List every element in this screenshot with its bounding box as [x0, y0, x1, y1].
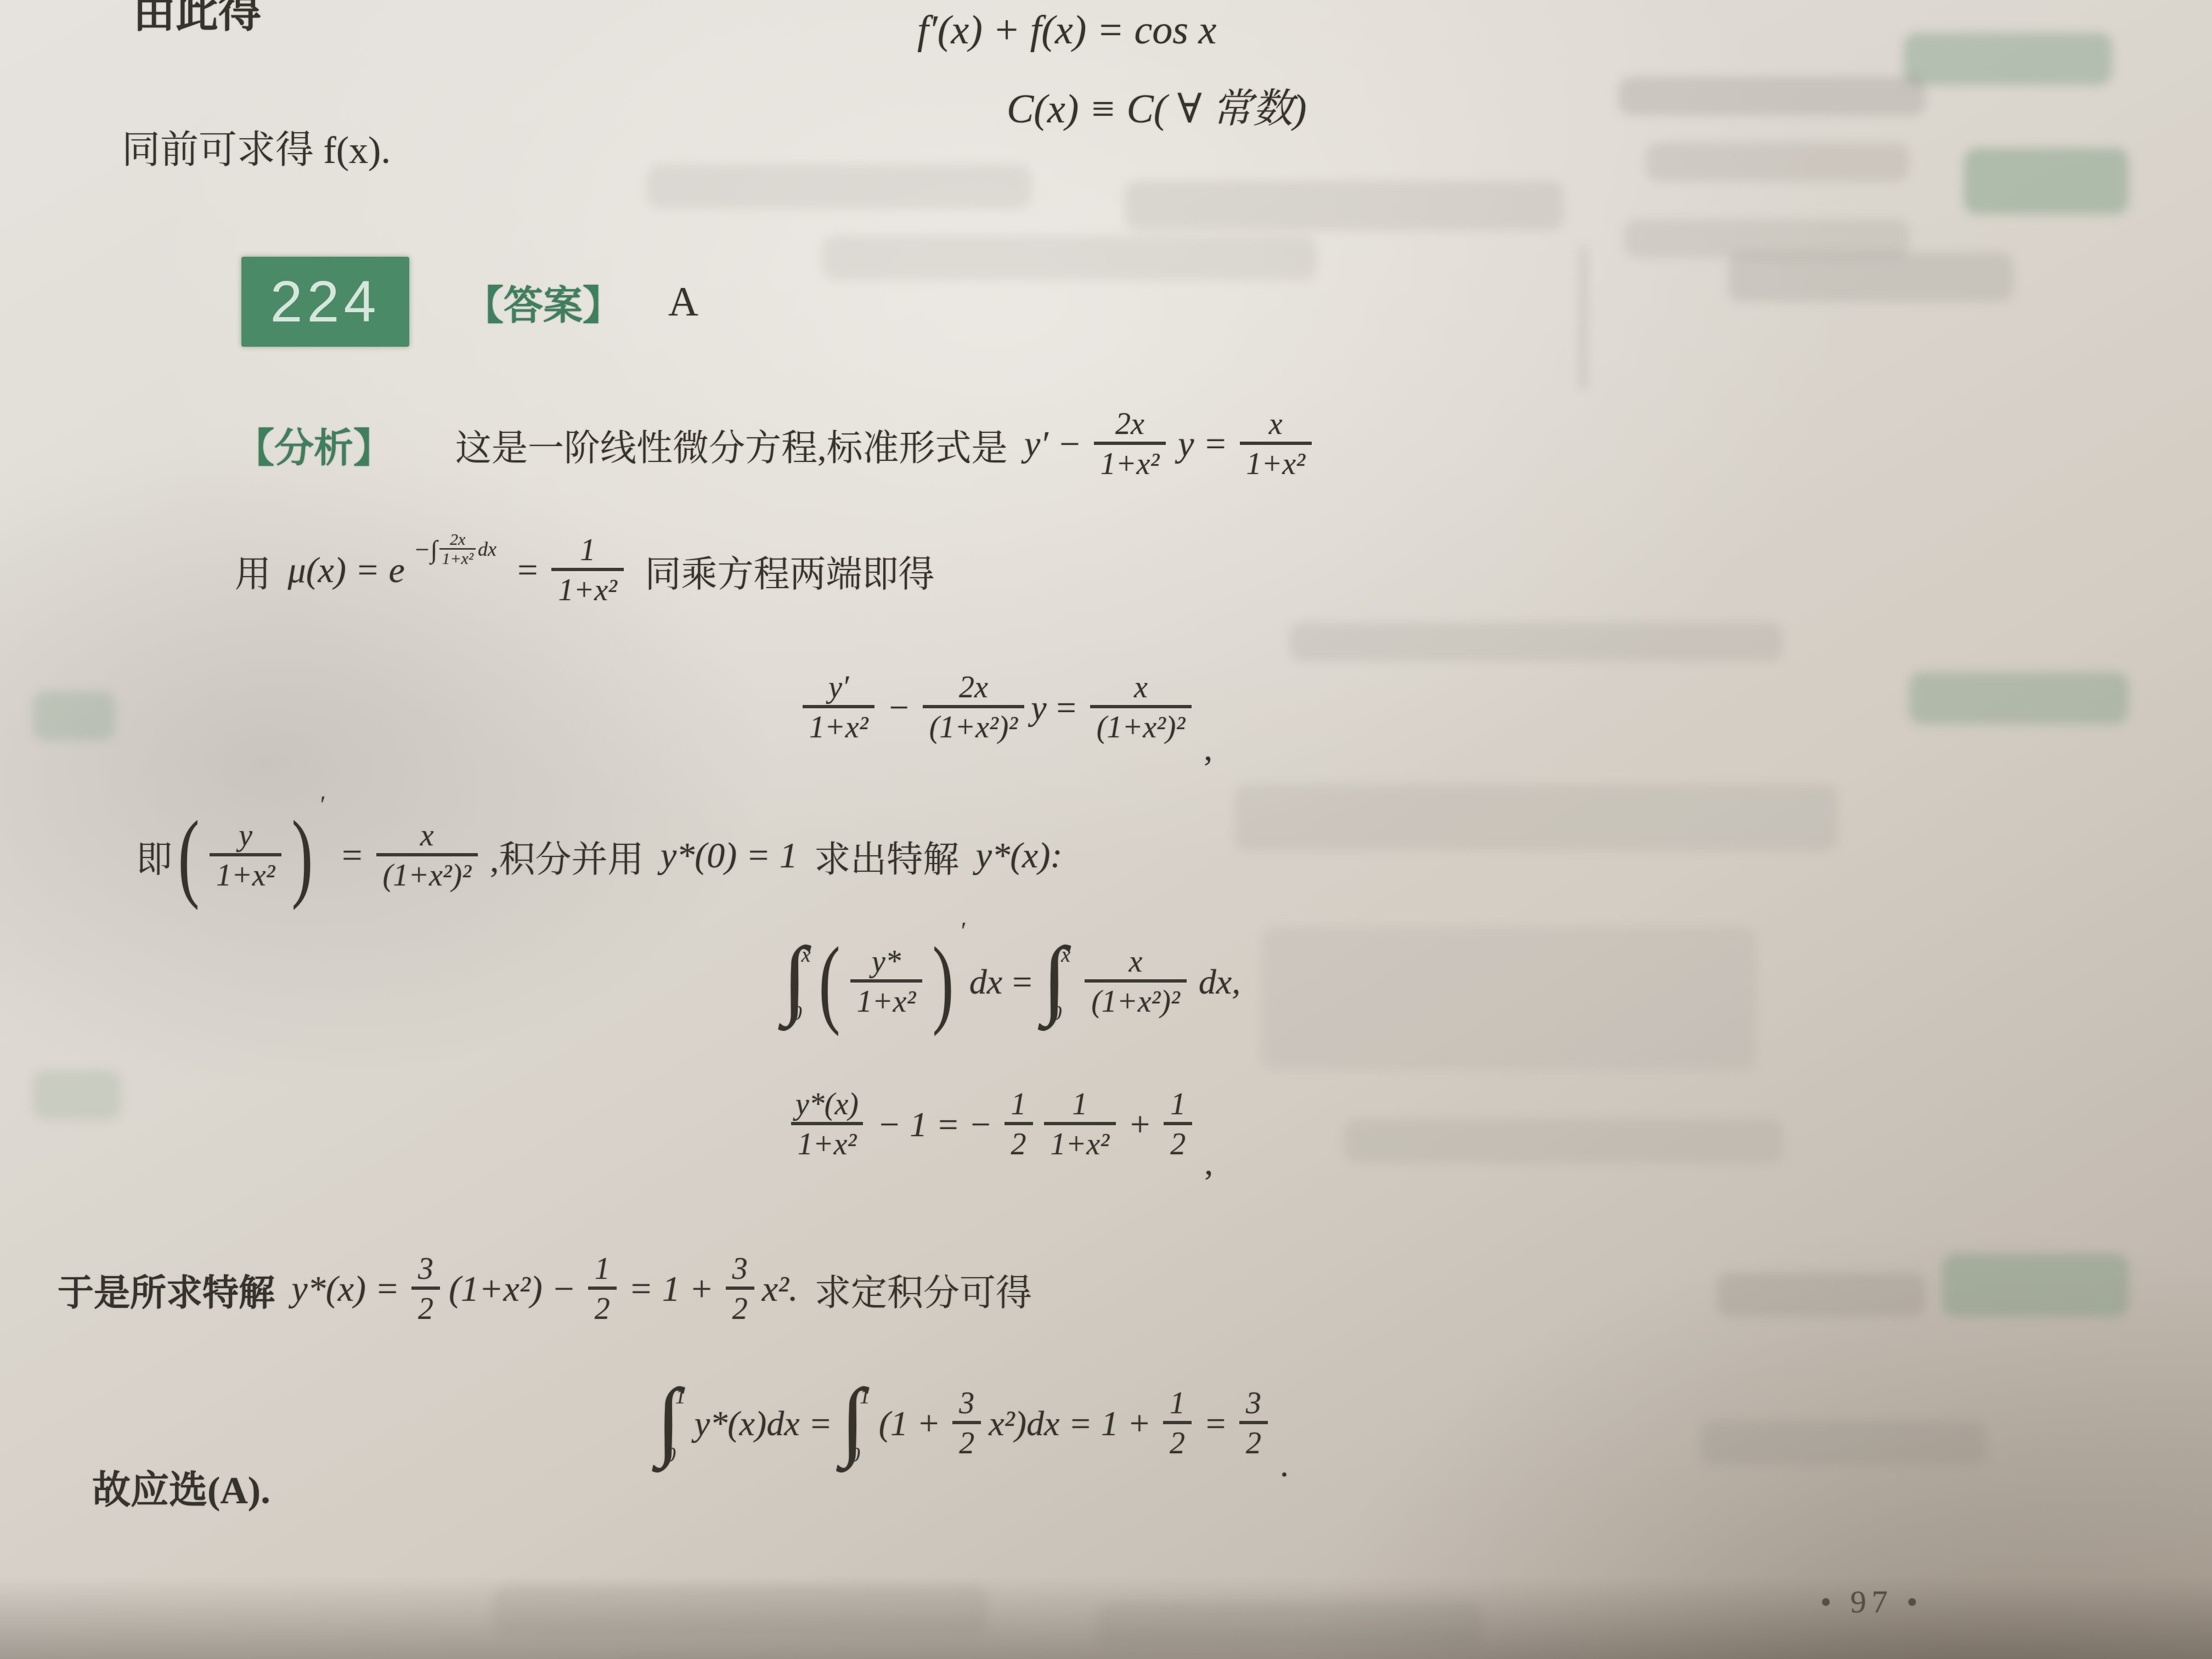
- comma: ,: [1204, 729, 1212, 769]
- mid-terms: (1+x²) −: [449, 1268, 576, 1310]
- equation-after-integration: y*(x) 1+x² − 1 = − 1 2 1 1+x² + 1 2 ,: [785, 1056, 1213, 1193]
- numerator: y: [232, 819, 259, 853]
- conclusion-row: 故应选(A).: [92, 1457, 270, 1517]
- answer-value: A: [668, 278, 698, 326]
- integral-sign: ∫ x 0: [1042, 941, 1071, 1023]
- integrand-terms: y*(x)dx =: [695, 1403, 832, 1444]
- particular-lead-cn: 于是所求特解: [58, 1263, 284, 1316]
- book-page-photo: 由此得 f′(x) + f(x) = cos x C(x) ≡ C( ∀ 常数)…: [0, 0, 2212, 1659]
- fraction: 1 2: [1163, 1386, 1192, 1460]
- analysis-lead: 这是一阶线性微分方程,标准形式是: [455, 419, 1017, 471]
- numerator: 1: [1164, 1087, 1192, 1122]
- denominator: 2: [1164, 1122, 1192, 1162]
- denominator: (1+x²)²: [923, 705, 1025, 745]
- fraction: 1 2: [1005, 1087, 1033, 1161]
- equation-standard-multiplied: y′ 1+x² − 2x (1+x²)² y = x (1+x²)² ,: [798, 636, 1212, 779]
- bleedthrough-smudge: [1234, 785, 1838, 850]
- variable-y: y: [1031, 687, 1046, 728]
- numerator: 2x: [448, 531, 467, 549]
- right-paren: ): [933, 933, 954, 1031]
- numerator: 1: [588, 1252, 617, 1286]
- plus-sign: +: [1128, 1104, 1152, 1145]
- exponent-suffix: dx: [478, 538, 496, 561]
- bleedthrough-smudge: [1717, 1273, 1926, 1317]
- bleedthrough-smudge: [33, 691, 115, 741]
- numerator: 2x: [952, 670, 995, 705]
- analysis-row: 【分析】 这是一阶线性微分方程,标准形式是 y′ − 2x 1+x² y = x…: [235, 379, 1316, 510]
- numerator: 1: [573, 533, 602, 568]
- fraction: x (1+x²)²: [1090, 670, 1192, 744]
- integral-limits: x 0: [802, 943, 812, 1025]
- analysis-label: 【分析】: [235, 416, 393, 473]
- exponent-prefix: −∫: [414, 535, 438, 564]
- numerator: 3: [411, 1252, 440, 1286]
- numerator: 3: [952, 1386, 981, 1421]
- prime-mark: ′: [319, 791, 324, 819]
- denominator: 1+x²: [551, 568, 623, 608]
- answer-row: 【答案】 A: [464, 257, 698, 347]
- mu-lead-math: μ(x) = e: [288, 550, 405, 591]
- bleedthrough-smudge: [823, 236, 1317, 280]
- fraction: 2x 1+x²: [1094, 407, 1166, 481]
- denominator: (1+x²)²: [376, 853, 478, 893]
- fraction: y* 1+x²: [850, 945, 922, 1019]
- particular-solution-row: 于是所求特解 y*(x) = 3 2 (1+x²) − 1 2 = 1 + 3 …: [58, 1221, 1032, 1358]
- fraction: x (1+x²)²: [1085, 945, 1187, 1019]
- fraction: 2x (1+x²)²: [923, 670, 1025, 744]
- denominator: 1+x²: [210, 853, 281, 893]
- denominator: (1+x²)²: [1085, 979, 1187, 1019]
- ji-tail-math2: y*(x):: [976, 835, 1063, 877]
- ji-tail-math1: y*(0) = 1: [661, 835, 798, 877]
- analysis-mid: y =: [1178, 424, 1227, 465]
- denominator: 2: [1163, 1421, 1192, 1461]
- bleedthrough-smudge: [1262, 927, 1756, 1070]
- fraction: y*(x) 1+x²: [789, 1087, 865, 1161]
- particular-lead-math: y*(x) =: [292, 1268, 400, 1310]
- numerator: 3: [726, 1252, 754, 1286]
- page-number: • 97 •: [1820, 1583, 1923, 1620]
- fraction: 1 2: [1164, 1087, 1192, 1161]
- text-intro: 同前可求得 f(x).: [122, 116, 391, 177]
- equation-text: f′(x) + f(x) = cos x: [917, 7, 1216, 54]
- bleedthrough-smudge: [647, 165, 1031, 208]
- ji-tail-cn1: ,积分并用: [490, 830, 653, 882]
- numerator: 1: [1163, 1386, 1192, 1421]
- integral-limits: 1 0: [860, 1385, 870, 1467]
- fraction: x 1+x²: [1240, 407, 1312, 481]
- bleedthrough-smudge: [1701, 1421, 1986, 1465]
- equals-sign: =: [1204, 1403, 1227, 1444]
- numerator: 3: [1239, 1386, 1268, 1421]
- fraction: 1 1+x²: [551, 533, 623, 607]
- numerator: x: [1127, 670, 1154, 705]
- partial-text: 由此得: [133, 0, 261, 39]
- denominator: 1+x²: [1044, 1122, 1116, 1162]
- denominator: 1+x²: [803, 705, 874, 745]
- fraction: y′ 1+x²: [803, 670, 874, 744]
- ji-lead: 即: [136, 830, 172, 882]
- mu-tail: 同乘方程两端即得: [636, 545, 935, 597]
- text-top-partial: 由此得: [133, 0, 261, 39]
- integral-lower-limit: 0: [1051, 1001, 1062, 1025]
- numerator: 1: [1005, 1087, 1033, 1122]
- equation-text: C(x) ≡ C( ∀ 常数): [1007, 76, 1307, 134]
- integral-upper-limit: 1: [860, 1385, 870, 1409]
- dx-term: dx,: [1199, 962, 1240, 1002]
- integral-upper-limit: 1: [675, 1385, 686, 1409]
- bleedthrough-smudge: [1097, 1602, 1481, 1646]
- fraction: 3 2: [411, 1252, 440, 1326]
- denominator: 1+x²: [1094, 442, 1166, 482]
- numerator: x: [414, 819, 441, 853]
- bleedthrough-smudge: [1728, 252, 2013, 302]
- page-number-text: • 97 •: [1820, 1584, 1923, 1620]
- bleedthrough-smudge: [494, 1585, 988, 1635]
- bleedthrough-smudge: [1942, 1254, 2129, 1317]
- denominator: 1+x²: [439, 548, 476, 568]
- mid-terms: = 1 +: [629, 1268, 714, 1310]
- equation-definite-integral: ∫ 1 0 y*(x)dx = ∫ 1 0 (1 + 3 2 x²)dx = 1…: [656, 1352, 1289, 1495]
- equation-integral-both-sides: ∫ x 0 ( y* 1+x² ) ′ dx = ∫ x 0 x (1+x²)²…: [782, 908, 1240, 1056]
- bleedthrough-smudge: [1964, 148, 2129, 214]
- denominator: 2: [588, 1286, 617, 1327]
- bleedthrough-smudge: [1618, 77, 1926, 115]
- denominator: (1+x²)²: [1090, 705, 1192, 745]
- bleedthrough-smudge: [1289, 623, 1783, 661]
- bleedthrough-smudge: [1909, 672, 2129, 724]
- dx-term: dx: [969, 962, 1002, 1002]
- integral-upper-limit: x: [802, 943, 812, 967]
- denominator: 2: [411, 1286, 440, 1327]
- numerator: x: [1262, 407, 1289, 442]
- integral-lower-limit: 0: [792, 1001, 802, 1025]
- equals-sign: =: [340, 835, 364, 877]
- integral-lower-limit: 0: [850, 1443, 860, 1467]
- problem-number: 224: [270, 269, 381, 335]
- mu-row: 用 μ(x) = e −∫ 2x 1+x² dx = 1 1+x² 同乘方程两端…: [235, 507, 934, 634]
- equals-sign: =: [1054, 687, 1078, 728]
- fraction: y 1+x²: [210, 819, 281, 893]
- conclusion-text: 故应选(A).: [92, 1459, 270, 1515]
- equation-c-constant: C(x) ≡ C( ∀ 常数): [1007, 72, 1307, 138]
- right-paren: ): [292, 806, 313, 905]
- fraction: 3 2: [952, 1386, 981, 1460]
- numerator: y*(x): [789, 1087, 865, 1122]
- comma: ,: [1204, 1143, 1213, 1183]
- integral-limits: x 0: [1061, 943, 1071, 1025]
- tail-math: x².: [762, 1268, 798, 1310]
- left-paren: (: [178, 806, 199, 905]
- denominator: 1+x²: [1240, 442, 1312, 482]
- integral-sign: ∫ x 0: [783, 941, 812, 1023]
- intro-text: 同前可求得 f(x).: [122, 119, 391, 174]
- bleedthrough-smudge: [1646, 143, 1909, 181]
- mu-lead-cn: 用: [235, 545, 280, 597]
- bleedthrough-smudge: [33, 1070, 121, 1119]
- tail-cn: 求定积分可得: [805, 1263, 1032, 1316]
- integral-upper-limit: x: [1061, 943, 1071, 967]
- bleedthrough-smudge: [1344, 1119, 1783, 1163]
- minus-sign: −: [887, 687, 910, 728]
- answer-label: 【答案】: [464, 273, 622, 330]
- equals-sign: =: [1010, 962, 1034, 1002]
- denominator: 1+x²: [791, 1122, 863, 1162]
- numerator: 1: [1065, 1087, 1094, 1122]
- integral-sign: ∫ 1 0: [841, 1383, 870, 1465]
- numerator: y*: [865, 945, 907, 979]
- integral-limits: 1 0: [675, 1385, 686, 1467]
- ji-tail-cn2: 求出特解: [805, 830, 968, 882]
- fraction: 2x 1+x²: [439, 531, 476, 568]
- exponent-block: −∫ 2x 1+x² dx: [414, 531, 496, 568]
- equation-f-prime: f′(x) + f(x) = cos x: [917, 0, 1216, 60]
- prime-mark: ′: [960, 917, 965, 945]
- integral-lower-limit: 0: [665, 1443, 676, 1467]
- left-paren: (: [819, 933, 840, 1031]
- fraction: 3 2: [1239, 1386, 1268, 1460]
- denominator: 2: [952, 1421, 981, 1461]
- integrand-terms: (1 +: [879, 1403, 941, 1444]
- denominator: 2: [1239, 1421, 1268, 1461]
- bleedthrough-smudge: [1125, 181, 1564, 230]
- fraction: 3 2: [726, 1252, 754, 1326]
- denominator: 1+x²: [850, 979, 922, 1019]
- denominator: 2: [726, 1286, 754, 1327]
- mid-terms: x²)dx = 1 +: [989, 1403, 1151, 1444]
- analysis-yprime: y′ −: [1024, 424, 1082, 465]
- mid-terms: − 1 = −: [877, 1104, 992, 1145]
- fraction: 1 1+x²: [1044, 1087, 1116, 1161]
- fraction: x (1+x²)²: [376, 819, 478, 893]
- bleedthrough-smudge: [1580, 247, 1587, 390]
- numerator: y′: [822, 670, 855, 705]
- bleedthrough-smudge: [1904, 33, 2112, 85]
- problem-number-badge: 224: [241, 257, 409, 347]
- denominator: 2: [1005, 1122, 1033, 1162]
- integral-sign: ∫ 1 0: [657, 1383, 686, 1465]
- numerator: x: [1122, 945, 1149, 979]
- equals-sign: =: [515, 550, 540, 591]
- fraction: 1 2: [588, 1252, 617, 1326]
- numerator: 2x: [1109, 407, 1151, 442]
- period: .: [1280, 1444, 1289, 1485]
